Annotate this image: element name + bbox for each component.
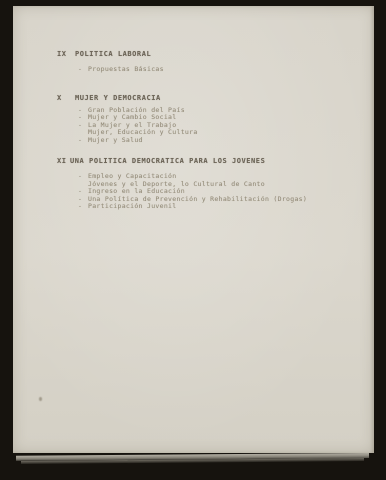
dash-bullet: - [78, 203, 88, 211]
list-item-text: Mujer y Salud [88, 137, 143, 145]
list-item: - Mujer y Salud [57, 137, 360, 145]
dash-bullet: - [78, 173, 88, 181]
list-item: - Propuestas Básicas [57, 66, 360, 74]
section-title: POLITICA LABORAL [75, 50, 151, 58]
section-number: IX [57, 50, 75, 58]
section-number: XI [57, 157, 70, 165]
section-number: X [57, 94, 75, 102]
dash-bullet: - [78, 122, 88, 130]
paper-speck [39, 397, 42, 401]
list-item: - Participación Juvenil [57, 203, 360, 211]
dash-bullet: - [78, 137, 88, 145]
section-heading: XI UNA POLITICA DEMOCRATICA PARA LOS JOV… [57, 157, 360, 165]
list-item-text: Participación Juvenil [88, 203, 176, 211]
document-page: IX POLITICA LABORAL - Propuestas Básicas… [13, 6, 374, 453]
list-item-text: Propuestas Básicas [88, 66, 164, 74]
section-heading: IX POLITICA LABORAL [57, 50, 360, 58]
section-politica-jovenes: XI UNA POLITICA DEMOCRATICA PARA LOS JOV… [57, 157, 360, 211]
section-title: UNA POLITICA DEMOCRATICA PARA LOS JOVENE… [70, 157, 265, 165]
document-content: IX POLITICA LABORAL - Propuestas Básicas… [57, 50, 360, 211]
section-mujer-y-democracia: X MUJER Y DEMOCRACIA - Gran Población de… [57, 94, 360, 145]
section-title: MUJER Y DEMOCRACIA [75, 94, 161, 102]
dash-bullet: - [78, 66, 88, 74]
scan-background: IX POLITICA LABORAL - Propuestas Básicas… [0, 0, 386, 480]
section-heading: X MUJER Y DEMOCRACIA [57, 94, 360, 102]
section-politica-laboral: IX POLITICA LABORAL - Propuestas Básicas [57, 50, 360, 74]
